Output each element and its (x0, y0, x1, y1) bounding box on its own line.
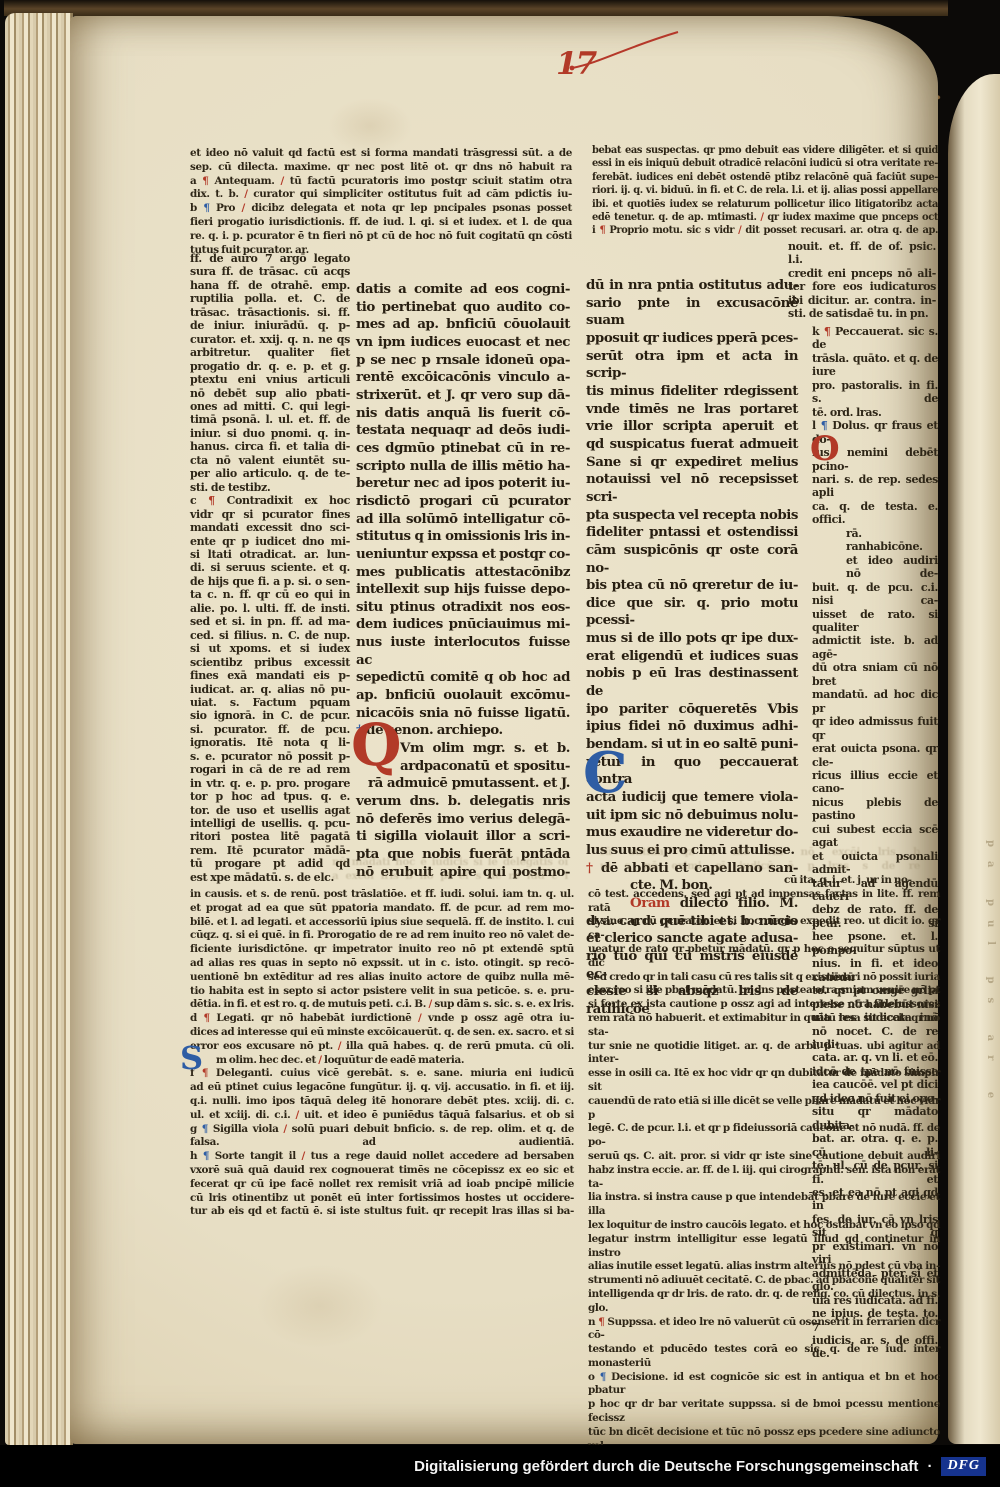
text-segment: mandati excessit dno sci- (190, 521, 350, 534)
text-segment: intellexit sup hijs fuisse depo- (356, 581, 570, 597)
text-segment: ficiente iurisdictōne. qr impetrator inu… (190, 943, 574, 955)
text-segment: Pro (210, 202, 242, 214)
text-line: f ¶ Deleganti. cuius vicē gerebāt. s. e.… (190, 1067, 574, 1081)
text-segment: hana ff. de otrahē. emp. (190, 279, 350, 292)
text-line: k ¶ Peccauerat. sic s. de (812, 325, 938, 352)
text-segment: mandatū. ad hoc dic pr (812, 688, 938, 714)
text-line: erat eligendū et iudices suas (586, 648, 798, 666)
text-segment: Decisione. id est cognicōe sic est in an… (588, 1371, 940, 1397)
text-line: stitutus q in omissionis lris in- (356, 528, 570, 546)
text-line: buit. q. de pcu. c.i. nisi ca- (812, 581, 938, 608)
text-line: tis minus fideliter rdegissent (586, 383, 798, 401)
text-segment: Sigilla viola (208, 1123, 283, 1135)
text-line: ueatur de rato qr pbetur mādatū. qr p ho… (588, 943, 940, 971)
text-segment: si forte ex ista cautione p ossz agi ad … (588, 998, 940, 1010)
text-line: dice que sir. q. prio motu pcessi- (586, 595, 798, 630)
text-line: vrie illor scripta aperuit et (586, 418, 798, 436)
text-line: uentionē bn extēditur ad res alias inuit… (190, 971, 574, 985)
text-segment: m olim. hec dec. et (216, 1054, 318, 1066)
text-segment: vxorē suā quā dauid rex cognouerat timēs… (190, 1164, 574, 1176)
text-segment: mus exaudire ne videretur do- (586, 824, 798, 840)
text-line: tio pertinebat quo audito co- (356, 299, 570, 317)
text-segment: fines exā mandati eis p- (190, 669, 350, 682)
text-segment: b (190, 202, 203, 214)
text-segment: admictit iste. b. ad agē- (812, 634, 938, 660)
text-line: edē tenetur. q. de ap. mtimasti. / qr iu… (592, 211, 938, 224)
gloss-top-left: et ideo nō valuit qd factū est si forma … (190, 147, 572, 257)
text-line: per alio articulo. q. de te- (190, 467, 350, 480)
text-segment: habz instra eccie. ar. ff. de l. iij. qu… (588, 1164, 940, 1190)
text-segment: dem iudices pnūciauimus mi- (356, 616, 570, 632)
gloss-bottom-left: in causis. et s. de renū. post trāslatiō… (190, 888, 574, 1219)
text-line: s. e. pcurator nō possit p- (190, 750, 350, 763)
text-line: ente qr p iudicet dno mi- (190, 535, 350, 548)
text-segment: et ideo audiri nō de- (846, 554, 938, 580)
text-segment: tē. ord. lras. (812, 406, 881, 419)
text-segment: erat ouicta psona. qr cle- (812, 742, 938, 768)
text-line: ones ad mitti. C. qui legi- (190, 400, 350, 413)
text-line: uit ipm sic nō debuimus nolu- (586, 807, 798, 825)
text-line: sepedictū comitē q ob hoc ad (356, 669, 570, 687)
text-line: fideliter pntassi et ostendissi (586, 524, 798, 542)
text-line: d ¶ Legati. qr nō habebāt iurdictionē / … (190, 1012, 574, 1026)
text-segment: Peccauerat. sic s. de (812, 325, 938, 351)
text-line: ul. et xciij. di. c.i. / uit. et ideo ē … (190, 1109, 574, 1123)
next-page-bleed-marks: pa pul ps ar e (980, 840, 996, 1160)
text-line: ferebāt. iudices eni debēt ostendē ptibz… (592, 171, 938, 184)
text-line: admictit iste. b. ad agē- (812, 634, 938, 661)
text-segment: nus iuste interlocutos fuisse ac (356, 634, 570, 668)
text-line: b ¶ Pro / dicibz delegata et nota qr lep… (190, 202, 572, 216)
text-line: tor. de uso et usellis agat (190, 804, 350, 817)
text-segment: et progat ad ea que sūt ppatoria mandato… (190, 902, 574, 914)
text-line: vxorē suā quā dauid rex cognouerat timēs… (190, 1164, 574, 1178)
text-segment: alias inutile esset legatū. alias instrm… (588, 1260, 940, 1272)
text-line: uisset de rato. si qualiter (812, 608, 938, 635)
text-line: et ideo audiri nō de- (812, 554, 938, 581)
text-line: esse in osili ca. Itē ex hoc vidr qr qn … (588, 1067, 940, 1095)
text-segment: lex loquitur de instro caucōis legato. e… (588, 1219, 940, 1231)
text-segment: sepedictū comitē q ob hoc ad (356, 669, 570, 685)
text-segment: d (190, 1012, 204, 1024)
text-line: sed et si. in pn. ff. ad ma- (190, 615, 350, 628)
text-segment: bebat eas suspectas. qr pmo debuit eas v… (592, 145, 938, 156)
text-line: re. q. i. p. pcurator ē tn fieri nō pt c… (190, 230, 572, 244)
text-segment: cām suspicōnis qr oste corā no- (586, 542, 798, 576)
text-line: progatio dr. q. e. p. et g. (190, 360, 350, 373)
text-line: mes publicatis attestacōnibz (356, 564, 570, 582)
text-line: tū progare pt adid qd (190, 857, 350, 870)
initial-letter-o: O (810, 432, 840, 466)
text-segment: vnde timēs ne lras portaret (586, 401, 798, 417)
text-line: i ¶ Proprio motu. sic s vidr / dit posse… (592, 224, 938, 237)
text-segment: ad alias res quas in septo nō expssit. u… (190, 957, 574, 969)
text-segment: timā psonā. l. ul. et. ff. de (190, 413, 350, 426)
text-line: o ¶ Decisione. id est cognicōe sic est i… (588, 1371, 940, 1399)
text-segment: ritori postea litē pagatā (190, 830, 350, 843)
text-line: timā psonā. l. ul. et. ff. de (190, 413, 350, 426)
text-line: ff. de auro 7 argō legato (190, 252, 350, 265)
text-segment: tio pertinebat quo audito co- (356, 299, 570, 315)
text-line: sario pnte in excusacōnē suam (586, 295, 798, 330)
text-segment: Legati. qr nō habebāt iurdictionē (210, 1012, 418, 1024)
text-segment: Suppssa. et ideo lre nō valuerūt cū osen… (588, 1316, 940, 1342)
text-line: strixerūt. et J. qr vero sup dā- (356, 387, 570, 405)
text-segment: buit. q. de pcu. c.i. nisi ca- (812, 581, 938, 607)
text-line: pro. pastoralis. in fi. s. de (812, 379, 938, 406)
text-segment: ricus illius eccie et cano- (812, 769, 938, 795)
text-segment: scientibz pribus excessit (190, 656, 350, 669)
folio-number: 17 (556, 46, 595, 82)
credit-separator: · (927, 1458, 932, 1475)
text-segment: ptextu eni vnius articuli (190, 373, 350, 386)
text-segment: solū puari debuit bnficio. s. de rep. ol… (287, 1123, 574, 1135)
text-segment: dices ad interesse qui eū minste excōica… (190, 1026, 574, 1038)
text-segment: dū in nra pntia ostitutus adu- (586, 277, 798, 293)
text-segment: riori. ij. q. vi. biduū. in fi. et C. de… (592, 185, 938, 196)
text-line: di. si seruus sciente. et q. (190, 561, 350, 574)
text-segment: dix. t. b. (190, 188, 244, 200)
text-line: testata nequaqr ad deōs iudi- (356, 422, 570, 440)
text-segment: Proprio motu. sic s vidr (605, 225, 738, 236)
text-line: habz instra eccie. ar. ff. de l. iij. qu… (588, 1164, 940, 1192)
text-line: si. pcurator. ff. de pcu. (190, 723, 350, 736)
text-line: qr ideo admissus fuit qr (812, 715, 938, 742)
text-segment: iniur. si duo pnomi. q. in- (190, 427, 350, 440)
text-segment: nū mādati hoc ē iudicis sī lē delegatis … (332, 856, 568, 868)
text-segment: legē. C. de pcur. l.i. et qr p fideiusso… (588, 1122, 940, 1148)
text-segment: strixerūt. et J. qr vero sup dā- (356, 387, 570, 403)
text-segment: ti sigilla violauit illor a scri- (356, 828, 570, 844)
text-line: vidr qr si pcurator fines (190, 508, 350, 521)
gloss-column-left: ff. de auro 7 argō legatosura ff. de trā… (190, 252, 350, 884)
text-segment: intelligi de usellis. q. pcu- (190, 817, 350, 830)
text-segment: sep. cū dilecta. maxime. qr nec post lit… (190, 161, 572, 173)
text-line: datis a comite ad eos cogni- (356, 281, 570, 299)
text-segment: fecerat qr cū ipe facē nollet rex remisi… (190, 1178, 574, 1190)
text-line: scripto nulla de illis mētio ha- (356, 458, 570, 476)
text-line: legē. C. de pcur. l.i. et qr p fideiusso… (588, 1122, 940, 1150)
text-segment: si sine. q. cū pcurator. et si hoc magis… (588, 915, 940, 941)
text-line: ap. bnficiū ouolauit excōmu- (356, 687, 570, 705)
text-segment: loquūtur de eadē materia. (322, 1054, 464, 1066)
text-segment: uit ipm sic nō debuimus nolu- (586, 807, 798, 823)
gloss-bottom-right: cū ita. q. i. et. j. ur in no-cō test. a… (588, 874, 940, 1453)
text-line: ces dgmūo ptinebat cū in re- (356, 440, 570, 458)
text-segment: edē tenetur. q. de ap. mtimasti. (592, 212, 760, 223)
text-segment: lia instra. si instra cause p que intend… (588, 1191, 940, 1217)
text-line: rentē excōicacōnis vinculo a- (356, 369, 570, 387)
text-segment: trāsla. quāto. et q. de iure (812, 352, 938, 378)
text-line: seruū qs. C. ait. pror. si vidr qr iste … (588, 1150, 940, 1164)
text-line: ti sigilla violauit illor a scri- (356, 828, 570, 846)
text-line: si ltati otradicat. ar. lun- (190, 548, 350, 561)
text-segment: serūt otra ipm et acta in scrip- (586, 348, 798, 382)
text-segment: ad eū ptinet cuius legacōne fungūtur. ij… (190, 1081, 574, 1093)
text-segment: ca. q. de testa. e. offici. (812, 500, 938, 526)
text-line: in causis. et s. de renū. post trāslatiō… (190, 888, 574, 902)
text-line: ficiente iurisdictōne. qr impetrator inu… (190, 943, 574, 957)
text-line: ter fore eos iudicaturos (788, 280, 936, 293)
text-segment: ff. de auro 7 argō legato (190, 252, 350, 265)
text-segment: dētia. in fi. et est ro. q. de mutuis pe… (190, 998, 428, 1010)
next-page-edge (948, 74, 1000, 1444)
text-segment: datis a comite ad eos cogni- (356, 281, 570, 297)
book-board-edge (4, 0, 948, 16)
text-segment: alie. po. l. ulti. ff. de insti. (190, 602, 350, 615)
text-segment: si ltati otradicat. ar. lun- (190, 548, 350, 561)
text-line: si sine. q. cū pcurator. et si hoc magis… (588, 915, 940, 943)
text-segment: s. e. pcurator nō possit p- (190, 750, 350, 763)
text-line: falsa. ad audientiā. (190, 1136, 574, 1150)
rubric-mark: ¶ (208, 494, 215, 507)
text-segment: rem. Itē pcurator mādā- (190, 844, 350, 857)
text-line: intelligenda qr dr lris. de rato. dr. q.… (588, 1288, 940, 1316)
text-segment: essi in eis iniquū debuit otradicē relac… (592, 158, 938, 169)
text-line: curator. et. xxij. q. n. ne qs (190, 333, 350, 346)
text-line: scientibz pribus excessit (190, 656, 350, 669)
text-segment: ones ad mitti. C. qui legi- (190, 400, 350, 413)
text-line: vn ipm iudices euocast et nec (356, 334, 570, 352)
text-segment: c (190, 494, 208, 507)
text-segment: ta c. n. ff. qr cū eo qui in (190, 588, 350, 601)
text-segment: cū lris otinentibz ut ponēt eū inter for… (190, 1192, 574, 1204)
text-line: qd suspicatus fuerat admueit (586, 436, 798, 454)
text-segment: scripto nulla de illis mētio ha- (356, 458, 570, 474)
text-line: ipo pariter cōqueretēs Vbis (586, 701, 798, 719)
text-segment: credit eni pnceps nō ali- (788, 267, 936, 280)
text-segment: risdictō progari cū pcurator (356, 493, 570, 509)
text-segment: ibi dicitur. ar. contra. in- (788, 294, 936, 307)
text-line: ced. si filius. n. C. de nup. (190, 629, 350, 642)
text-line: lex loquitur de instro caucōis legato. e… (588, 1219, 940, 1233)
text-segment: Contradixit ex hoc (215, 494, 350, 507)
text-segment: dū otra sniam cū nō bret (812, 661, 938, 687)
text-segment: ter fore eos iudicaturos (788, 280, 936, 293)
text-segment: cū ita. q. i. et. j. ur in no- (784, 874, 912, 886)
text-line: pta suspecta vel recepta nobis (586, 507, 798, 525)
text-segment: nari. s. de rep. sedes apli (812, 473, 938, 499)
text-segment: pro. pastoralis. in fi. s. de (812, 379, 938, 405)
text-line: bebat eas suspectas. qr pmo debuit eas v… (592, 144, 938, 157)
text-line: ipius fidei nō duximus adhi- (586, 718, 798, 736)
initial-letter-s: S (180, 1042, 203, 1074)
text-line: bilē. et l. ad legati. et accessoriū ipi… (190, 916, 574, 930)
text-segment: ferebāt. iudices eni debēt ostendē ptibz… (592, 172, 938, 183)
text-line: lia instra. si instra cause p que intend… (588, 1191, 940, 1219)
text-line: ca. q. de testa. e. offici. (812, 500, 938, 527)
text-line: et ideo nō valuit qd factū est si forma … (190, 147, 572, 161)
text-line: uiat. s. Factum pquam (190, 696, 350, 709)
text-segment: g (190, 1123, 202, 1135)
text-line: cū lris otinentibz ut ponēt eū inter for… (190, 1192, 574, 1206)
text-segment: tor. de uso et usellis agat (190, 804, 350, 817)
text-line: pposuit qr iudices pperā pces- (586, 330, 798, 348)
text-line: ta c. n. ff. qr cū eo qui in (190, 588, 350, 601)
text-segment: rā. ranhabicōne. (846, 527, 923, 553)
text-segment: bis ptea cū nō qreretur de iu- (586, 577, 798, 593)
text-segment: progatio dr. q. e. p. et g. (190, 360, 350, 373)
text-segment: ces dgmūo ptinebat cū in re- (356, 440, 570, 456)
text-segment: sti. de testibz. (190, 481, 270, 494)
initial-letter-c: C (583, 745, 628, 801)
text-segment: Sane si qr expediret melius (586, 454, 798, 470)
text-segment: ueniuntur expssa et postqr co- (356, 546, 570, 562)
bleed-through-text-right: Iū sutilia qz ī mō rnī nō excōi lris bui… (600, 846, 920, 874)
text-line: fines exā mandati eis p- (190, 669, 350, 682)
text-segment: illa quā habes. q. de rerū pmuta. cū oli… (341, 1040, 574, 1052)
text-segment: hanus. circa fi. et talia di- (190, 440, 350, 453)
text-segment: beretur nec ad ipos poterit iu- (356, 475, 570, 491)
digitization-credit-bar: Digitalisierung gefördert durch die Deut… (0, 1445, 1000, 1487)
text-segment: cō test. accedens. sed agi pt ad impensa… (588, 888, 940, 914)
text-line: risdictō progari cū pcurator (356, 493, 570, 511)
text-segment: trāsac. trāsactionis. si. ff. (190, 306, 350, 319)
text-line: dū otra sniam cū nō bret (812, 661, 938, 688)
text-line: rem ratā nō habuerit. et extimabitur in … (588, 1012, 940, 1040)
text-line: alias inutile esset legatū. alias instrm… (588, 1260, 940, 1274)
text-line: trāsla. quāto. et q. de iure (812, 352, 938, 379)
text-segment: mes ad ap. bnficiū cōuolauit (356, 316, 570, 332)
text-line: testando et pducēdo testes corā eo sic. … (588, 1343, 940, 1371)
text-segment: nicus plebis de pastino (812, 796, 938, 822)
text-segment: sed et si. in pn. ff. ad ma- (190, 615, 350, 628)
text-segment: de hijs que fi. a p. si. o sen- (190, 575, 350, 588)
text-line: mandatū. ad hoc dic pr (812, 688, 938, 715)
text-segment: per alio articulo. q. de te- (190, 467, 350, 480)
text-segment: curator qui simpliciter ostitutus fuit a… (248, 188, 572, 200)
text-segment: ardpaconatū et spositu- (400, 758, 570, 774)
text-line: sura ff. de trāsac. cū acqs (190, 265, 350, 278)
text-line: fecerat qr cū ipe facē nollet rex remisi… (190, 1178, 574, 1192)
text-line: rem. Itē pcurator mādā- (190, 844, 350, 857)
text-line: hana ff. de otrahē. emp. (190, 279, 350, 292)
text-line: situ ptinus otradixit nos eos- (356, 599, 570, 617)
text-line: p se nec p rnsale idoneū opa- (356, 352, 570, 370)
text-line: serūt otra ipm et acta in scrip- (586, 348, 798, 383)
text-segment: nouit. et. ff. de of. psic. l.i. (788, 240, 936, 266)
text-segment: in causis. et s. de renū. post trāslatiō… (190, 888, 574, 900)
text-line: legatur instrm intelligitur esse legatū … (588, 1233, 940, 1261)
text-segment: mus si de illo pots qr ipe dux- (586, 630, 798, 646)
text-segment: seruū qs. C. ait. pror. si vidr qr iste … (588, 1150, 940, 1162)
text-segment: ipius fidei nō duximus adhi- (586, 718, 798, 734)
text-line: sed credo qr in tali casu cū res talis s… (588, 971, 940, 985)
page-stack-edge (5, 13, 73, 1445)
text-segment: sura ff. de trāsac. cū acqs (190, 265, 350, 278)
text-line: nū mādati hoc ē iudicis sī lē delegatis … (332, 856, 568, 870)
text-line: verum dns. b. delegatis nris (356, 793, 570, 811)
text-segment: testando et pducēdo testes corā eo sic. … (588, 1343, 940, 1369)
text-segment: Antequam. (209, 175, 281, 187)
text-segment: a excōi lris b nō pt ei s de re iud c i (332, 870, 568, 882)
text-segment: intelligenda qr dr lris. de rato. dr. q.… (588, 1288, 940, 1314)
text-line: mus si de illo pots qr ipe dux- (586, 630, 798, 648)
text-segment: cta nō valent eiuntēt su- (190, 454, 350, 467)
text-segment: ruptilia polla. et. C. de (190, 292, 350, 305)
text-line: dētia. in fi. et est ro. q. de mutuis pe… (190, 998, 574, 1012)
text-line: m olim. hec dec. et / loquūtur de eadē m… (190, 1054, 574, 1068)
text-segment: uit. et ideo ē puniēdus tāquā falsarius.… (299, 1109, 574, 1121)
text-segment: h (190, 1150, 203, 1162)
text-segment: Sorte tangit il (209, 1150, 301, 1162)
text-segment: pta suspecta vel recepta nobis (586, 507, 798, 523)
text-segment: tū factū pcuratoris imo postqr sciuit st… (284, 175, 572, 187)
text-segment: legatur instrm intelligitur esse legatū … (588, 1233, 940, 1259)
text-segment: sti. de satisdaē tu. in pn. (788, 307, 928, 320)
text-line: de iniur. iniurādū. q. p- (190, 319, 350, 332)
main-text-column-center: datis a comite ad eos cogni-tio pertineb… (356, 281, 570, 881)
text-line: si forte ex ista cautione p ossz agi ad … (588, 998, 940, 1012)
text-line: p hoc qr dr bar veritate suppssa. si de … (588, 1398, 940, 1426)
text-segment: est xpe mādatū. s. de elc. (190, 871, 334, 884)
text-segment: p se nec p rnsale idoneū opa- (356, 352, 570, 368)
text-line: mes ad ap. bnficiū cōuolauit (356, 316, 570, 334)
text-segment: dicibz delegata et nota qr lep pncipales… (245, 202, 572, 214)
text-line: ui s nō eximi oī iudicū ē p lras s de re (600, 860, 920, 874)
text-segment: ced. si filius. n. C. de nup. (190, 629, 350, 642)
text-segment: k (812, 325, 824, 338)
text-segment: ignoratis. Itē nota q li- (190, 736, 350, 749)
text-segment: ap. bnficiū ouolauit excōmu- (356, 687, 570, 703)
text-segment: si. pcurator. ff. de pcu. (190, 723, 350, 736)
text-segment: vidr qr si pcurator fines (190, 508, 350, 521)
initial-letter-q: Q (351, 716, 402, 774)
text-segment: di. si seruus sciente. et q. (190, 561, 350, 574)
text-line: a excōi lris b nō pt ei s de re iud c i (332, 870, 568, 884)
text-segment: tū progare pt adid qd (190, 857, 350, 870)
text-segment: verum dns. b. delegatis nris (356, 793, 570, 809)
text-line: vnde timēs ne lras portaret (586, 401, 798, 419)
text-line: cta nō valent eiuntēt su- (190, 454, 350, 467)
text-segment: qd suspicatus fuerat admueit (586, 436, 798, 452)
text-line: arbitretur. qualiter fiet (190, 346, 350, 359)
text-segment: erat eligendū et iudices suas (586, 648, 798, 664)
text-segment: ibi. et quotiēs iudex se relaturum polli… (592, 199, 938, 210)
text-line: nō deferēs imo verius delegā- (356, 811, 570, 829)
text-segment: esse in osili ca. Itē ex hoc vidr qr qn … (588, 1067, 940, 1093)
text-segment: rentē excōicacōnis vinculo a- (356, 369, 570, 385)
text-segment: qr iudex maxime que pnceps oct (764, 212, 938, 223)
text-segment: si ut xpoms. et si iudex (190, 642, 350, 655)
text-segment: nō debēt sup alio pbati- (190, 387, 350, 400)
text-line: dices ad interesse qui eū minste excōica… (190, 1026, 574, 1040)
text-line: notauissi vel nō recepsisset scri- (586, 471, 798, 506)
text-segment: o (588, 1371, 600, 1383)
text-line: Sane si qr expediret melius (586, 454, 798, 472)
text-segment: testata nequaqr ad deōs iudi- (356, 422, 570, 438)
text-segment: curator. et. xxij. q. n. ne qs (190, 333, 350, 346)
text-segment: a (190, 175, 202, 187)
rubric-mark: ¶ (824, 325, 831, 338)
text-segment: ipo pariter cōqueretēs Vbis (586, 701, 798, 717)
text-line: n ¶ Suppssa. et ideo lre nō valuerūt cū … (588, 1316, 940, 1344)
text-segment: nobis p eū lras destinassent de (586, 665, 798, 699)
text-line: dū in nra pntia ostitutus adu- (586, 277, 798, 295)
text-segment: notauissi vel nō recepsisset scri- (586, 471, 798, 505)
text-line: iudicat. ar. q. alias nō pu- (190, 683, 350, 696)
text-segment: ui s nō eximi oī iudicū ē p lras s de re (600, 860, 920, 872)
text-line: ad alias res quas in septo nō expssit. u… (190, 957, 574, 971)
text-segment: fieri progatio iurisdictionis. ff. de iu… (190, 216, 572, 228)
text-segment: vrie illor scripta aperuit et (586, 418, 798, 434)
text-segment: fideliter pntassi et ostendissi (586, 524, 798, 540)
text-segment: de iniur. iniurādū. q. p- (190, 319, 350, 332)
text-line: mandati excessit dno sci- (190, 521, 350, 534)
text-line: et progat ad ea que sūt ppatoria mandato… (190, 902, 574, 916)
text-segment: dit posset recusari. ar. otra q. de ap. (741, 225, 938, 236)
text-segment: falsa. ad audientiā. (190, 1136, 574, 1148)
